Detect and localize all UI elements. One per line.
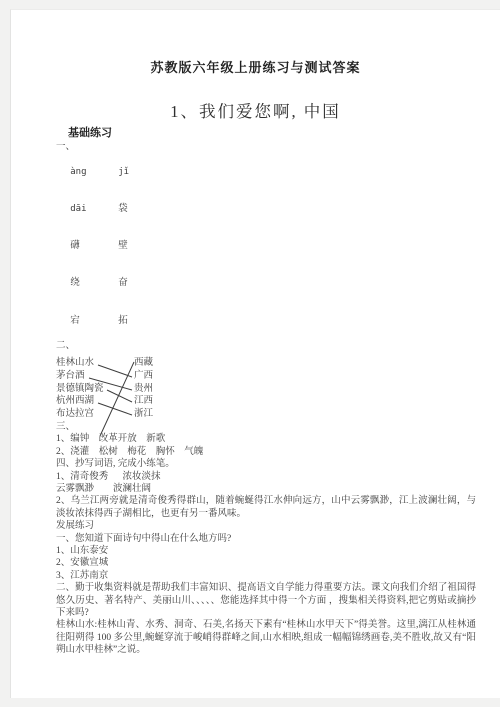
exercise-3-label: 三、 <box>56 421 476 433</box>
pair-right: 壁 <box>118 241 128 251</box>
match-left-item: 杭州西湖 <box>56 395 104 408</box>
lesson-title: 1、我们爱您啊, 中国 <box>11 102 500 122</box>
exercise-4-answer: 1、清奇俊秀 浓妆淡抹 <box>56 471 476 483</box>
exercise-3-answer: 1、编钟 改革开放 新歌 <box>56 433 476 445</box>
pair-left: 绕 <box>70 277 118 289</box>
pair-left: àng <box>70 166 118 178</box>
pair-left: dāi <box>70 203 118 215</box>
pinyin-row: àngjǐ <box>56 153 476 190</box>
develop-2-question: 二、勤于收集资料就是帮助我们丰富知识、提高语文自学能力得重要方法。课文向我们介绍… <box>56 582 476 619</box>
pinyin-row: dāi袋 <box>56 191 476 228</box>
develop-1-question: 一、您知道下面诗句中得山在什么地方吗? <box>56 533 476 545</box>
character-row: 礴壁 <box>56 228 476 265</box>
character-row: 绕奋 <box>56 265 476 302</box>
match-right-item: 广西 <box>134 370 153 383</box>
match-left-item: 桂林山水 <box>56 357 104 370</box>
develop-1-answer: 3、江苏南京 <box>56 570 476 582</box>
exercise-2-label: 二、 <box>56 340 476 352</box>
match-right-item: 贵州 <box>134 383 153 396</box>
character-row: 宕拓 <box>56 302 476 339</box>
pair-right: 拓 <box>118 316 128 326</box>
match-right-item: 西藏 <box>134 357 153 370</box>
pair-left: 宕 <box>70 315 118 327</box>
match-right-item: 江西 <box>134 395 153 408</box>
exercise-3-answer: 2、浇灌 松树 梅花 胸怀 气魄 <box>56 446 476 458</box>
exercise-4-paragraph: 2、乌兰江两旁就是清奇俊秀得群山，随着蜿蜒得江水伸向远方，山中云雾飘渺，江上波澜… <box>56 495 476 520</box>
match-left-item: 茅台酒 <box>56 370 104 383</box>
develop-1-answer: 1、山东泰安 <box>56 545 476 557</box>
heading-develop-practice: 发展练习 <box>56 520 476 532</box>
match-left-item: 布达拉宫 <box>56 408 104 421</box>
exercise-4-answer: 云雾飘渺 波澜壮阔 <box>56 483 476 495</box>
document-page: 苏教版六年级上册练习与测试答案 1、我们爱您啊, 中国 基础练习 一、 àngj… <box>10 9 500 698</box>
pair-left: 礴 <box>70 240 118 252</box>
pair-right: 奋 <box>118 278 128 288</box>
match-left-column: 桂林山水 茅台酒 景德镇陶瓷 杭州西湖 布达拉宫 <box>56 357 104 421</box>
match-right-item: 浙江 <box>134 408 153 421</box>
develop-1-answer: 2、安徽宣城 <box>56 557 476 569</box>
heading-basic-practice: 基础练习 <box>68 127 500 140</box>
match-right-column: 西藏 广西 贵州 江西 浙江 <box>134 357 153 421</box>
pair-right: jǐ <box>118 167 129 177</box>
develop-2-answer: 桂林山水:桂林山青、水秀、洞奇、石美,名扬天下素有“桂林山水甲天下”得美誉。这里… <box>56 619 476 656</box>
exercise-1-label: 一、 <box>56 141 476 153</box>
document-body: 一、 àngjǐ dāi袋 礴壁 绕奋 宕拓 二、 桂林山水 <box>56 141 476 657</box>
pair-right: 袋 <box>118 204 128 214</box>
exercise-4-label: 四、抄写词语, 完成小练笔。 <box>56 458 476 470</box>
doc-title: 苏教版六年级上册练习与测试答案 <box>11 60 500 76</box>
matching-exercise: 桂林山水 茅台酒 景德镇陶瓷 杭州西湖 布达拉宫 西藏 广西 贵州 江西 浙江 <box>56 357 256 421</box>
match-left-item: 景德镇陶瓷 <box>56 383 104 396</box>
